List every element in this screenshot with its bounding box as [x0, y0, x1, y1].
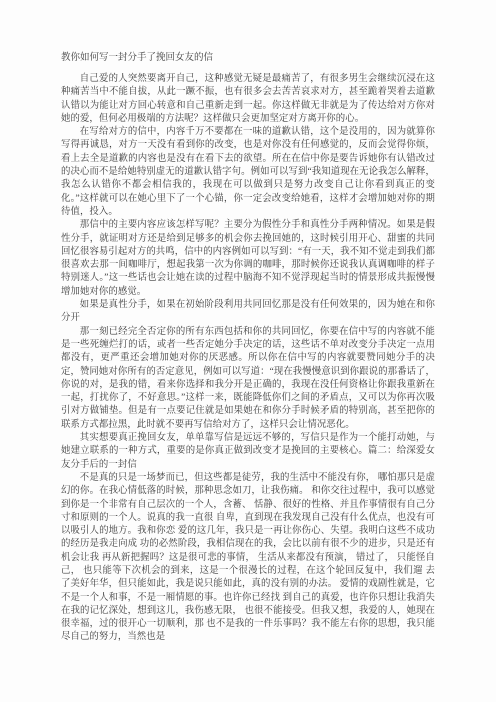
- paragraph-summary-and-part2-heading: 其实想要真正挽回女友，单单靠写信是远远不够的，写信只是作为一个能打动她，与她建立…: [61, 432, 435, 472]
- paragraph-real-breakup-advice: 那一刻已经完全否定你的所有东西包括和你的共同回忆，你要在信中写的内容就不能是一些…: [61, 326, 435, 432]
- paragraph-letter-body: 不是真的只是一场梦而已，但这些都是徒劳，我的生活中不能没有你， 哪怕那只是虚幻的…: [61, 472, 435, 645]
- document-page: 教你如何写一封分手了挽回女友的信 自己爱的人突然要离开自己，这种感觉无疑是最痛苦…: [61, 52, 435, 645]
- document-title: 教你如何写一封分手了挽回女友的信: [61, 52, 435, 65]
- paragraph-real-breakup-intro: 如果是真性分手，如果在初始阶段利用共同回忆那是没有任何效果的，因为她在和你分开: [61, 299, 435, 326]
- document-canvas: { "document": { "title": "教你如何写一封分手了挽回女友…: [0, 0, 496, 702]
- paragraph-letter-advice: 在写给对方的信中，内容千万不要都在一味的道歉认错，这个是没用的，因为就算你写得再…: [61, 126, 435, 219]
- paragraph-fake-breakup: 那信中的主要内容应该怎样写呢？主要分为假性分手和真性分手两种情况。如果是假性分手…: [61, 219, 435, 299]
- paragraph-intro: 自己爱的人突然要离开自己，这种感觉无疑是最痛苦了，有很多男生会继续沉浸在这种痛苦…: [61, 73, 435, 126]
